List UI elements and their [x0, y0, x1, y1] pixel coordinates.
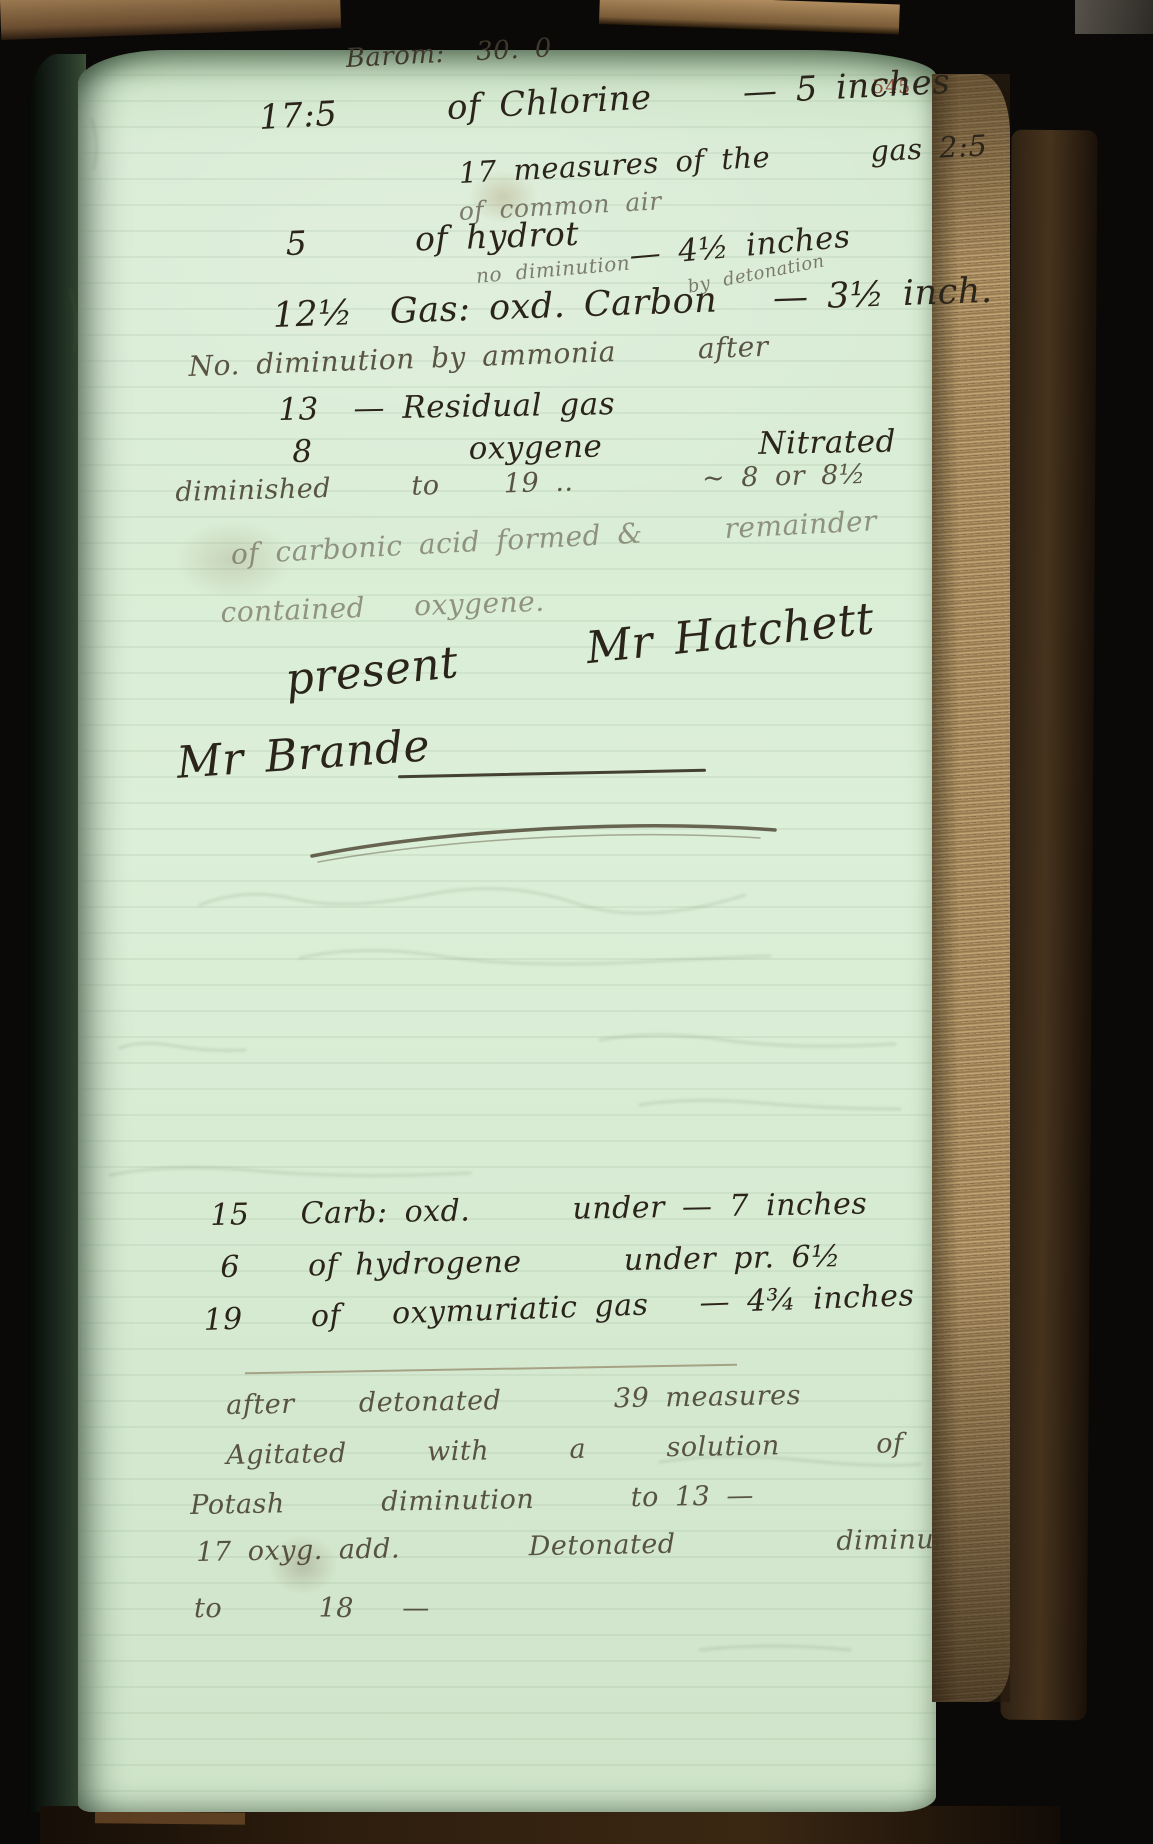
ink-stain — [468, 170, 538, 224]
book-bottom-sliver — [95, 1811, 245, 1825]
wood-surface-top-right — [599, 0, 900, 34]
slate-corner — [1075, 0, 1153, 34]
ink-blot — [268, 1535, 338, 1595]
wood-surface-top-left — [0, 0, 341, 40]
paper-smudge — [173, 520, 293, 600]
page-fore-edge — [932, 74, 1010, 1702]
book-cover-edge — [1000, 130, 1097, 1721]
notebook-photograph: Barom: 30. 0 545 17:5 of Chlorine — 5 in… — [0, 0, 1153, 1844]
manuscript-page — [78, 50, 936, 1812]
